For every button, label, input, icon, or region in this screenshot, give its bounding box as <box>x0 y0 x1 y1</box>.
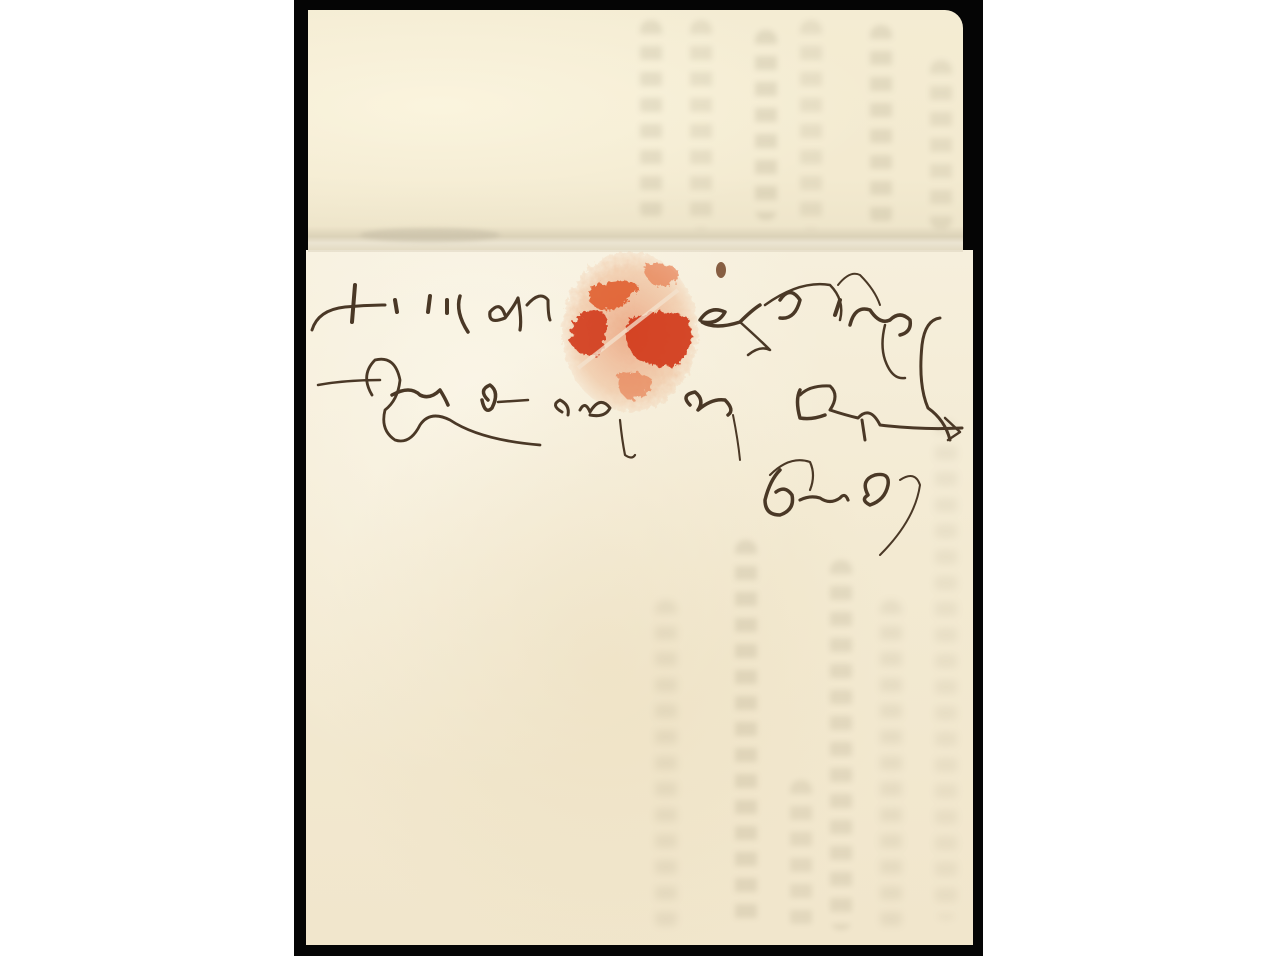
top-flap-right-shadow <box>963 10 973 253</box>
fold-tear-mark <box>360 228 500 242</box>
letter-top-flap <box>308 10 963 250</box>
red-wax-seal <box>558 250 708 415</box>
